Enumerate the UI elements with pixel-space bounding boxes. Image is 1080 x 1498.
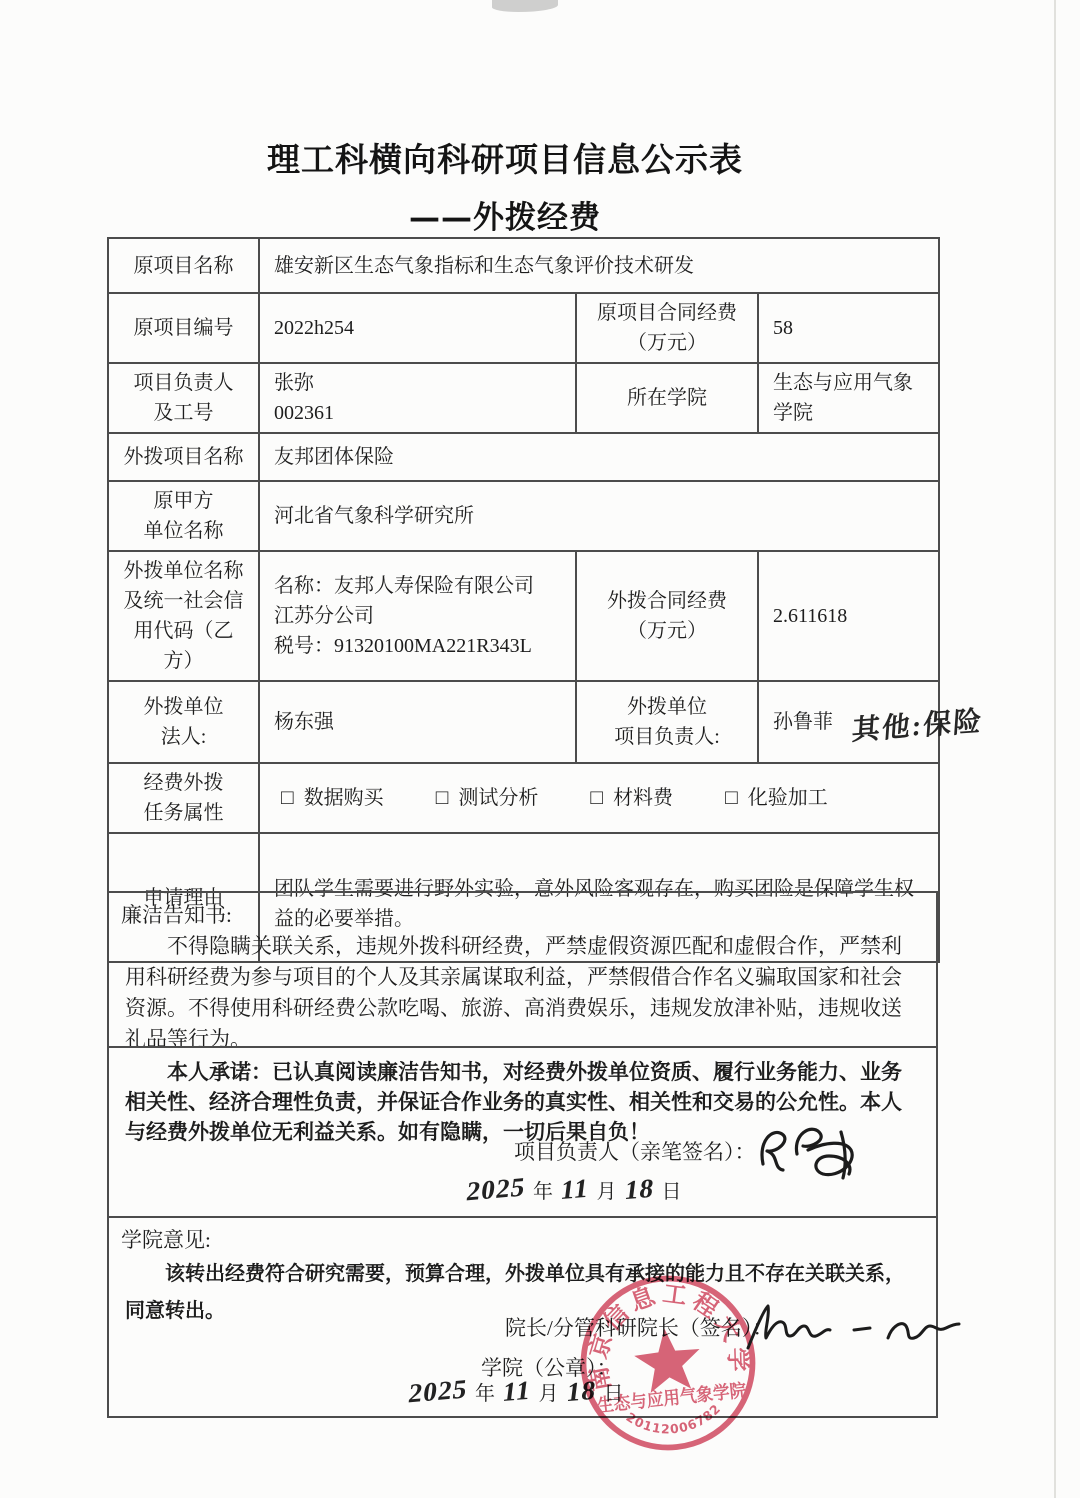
field-value: 2022h254: [259, 293, 576, 363]
field-value: 杨东强: [259, 681, 576, 763]
table-row: 外拨单位名称 及统一社会信 用代码（乙 方） 名称：友邦人寿保险有限公司 江苏分…: [108, 551, 939, 681]
field-value: 张弥 002361: [259, 363, 576, 433]
field-label: 外拨单位名称 及统一社会信 用代码（乙 方）: [108, 551, 259, 681]
field-label: 外拨项目名称: [108, 433, 259, 481]
integrity-body: 不得隐瞒关联关系，违规外拨科研经费，严禁虚假资源匹配和虚假合作，严禁利用科研经费…: [109, 931, 936, 1055]
field-label: 原项目名称: [108, 238, 259, 293]
seal-star-icon: [632, 1325, 704, 1394]
option-test-analysis: □测试分析: [436, 782, 539, 814]
scan-edge-artifact: [1054, 0, 1056, 1498]
table-row: 经费外拨 任务属性 □数据购买 □测试分析 □材料费 □化验加工: [108, 763, 939, 833]
scanned-form-page: 理工科横向科研项目信息公示表 ——外拨经费 原项目名称 雄安新区生态气象指标和生…: [0, 0, 1080, 1498]
field-value: 2.611618: [758, 551, 939, 681]
option-label: 化验加工: [748, 783, 828, 813]
checkbox-icon: □: [281, 782, 294, 814]
college-seal-stamp: 南京信息工程大学 生态与应用气象学院 3201120067828: [562, 1257, 773, 1468]
table-row: 原项目名称 雄安新区生态气象指标和生态气象评价技术研发: [108, 238, 939, 293]
field-label: 外拨单位 项目负责人:: [576, 681, 758, 763]
field-value: 河北省气象科学研究所: [259, 481, 939, 551]
field-value: 58: [758, 293, 939, 363]
field-label: 原项目编号: [108, 293, 259, 363]
field-label: 原甲方 单位名称: [108, 481, 259, 551]
task-attr-options-cell: □数据购买 □测试分析 □材料费 □化验加工: [259, 763, 939, 833]
table-row: 外拨单位 法人: 杨东强 外拨单位 项目负责人: 孙鲁菲: [108, 681, 939, 763]
option-label: 测试分析: [458, 783, 538, 813]
date-year: 2025: [407, 1374, 470, 1410]
commitment-date: 2025年11月18日: [467, 1174, 690, 1205]
date-year-unit: 年: [533, 1181, 553, 1203]
checkbox-icon: □: [590, 782, 603, 814]
field-label: 原项目合同经费 （万元）: [576, 293, 758, 363]
option-material-fee: □材料费: [590, 782, 673, 814]
table-row: 项目负责人 及工号 张弥 002361 所在学院 生态与应用气象 学院: [108, 363, 939, 433]
option-data-purchase: □数据购买: [281, 782, 384, 814]
seal-center-text: 生态与应用气象学院: [596, 1379, 748, 1417]
field-label: 所在学院: [576, 363, 758, 433]
integrity-heading: 廉洁告知书:: [109, 893, 936, 929]
table-row: 原项目编号 2022h254 原项目合同经费 （万元） 58: [108, 293, 939, 363]
integrity-notice-section: 廉洁告知书: 不得隐瞒关联关系，违规外拨科研经费，严禁虚假资源匹配和虚假合作，严…: [107, 891, 938, 1048]
college-opinion-heading: 学院意见:: [109, 1218, 936, 1254]
dean-signature-scribble: [742, 1298, 962, 1356]
table-row: 原甲方 单位名称 河北省气象科学研究所: [108, 481, 939, 551]
field-value: 名称：友邦人寿保险有限公司 江苏分公司 税号：91320100MA221R343…: [259, 551, 576, 681]
field-value: 友邦团体保险: [259, 433, 939, 481]
date-month: 11: [501, 1375, 533, 1408]
date-day-unit: 日: [662, 1181, 682, 1203]
date-month: 11: [559, 1173, 591, 1206]
leader-signature-label: 项目负责人（亲笔签名）：: [514, 1136, 756, 1166]
field-label: 外拨单位 法人:: [108, 681, 259, 763]
date-day: 18: [622, 1173, 655, 1206]
scan-smudge-artifact: [492, 0, 558, 12]
field-value: 生态与应用气象 学院: [758, 363, 939, 433]
field-label: 项目负责人 及工号: [108, 363, 259, 433]
option-label: 材料费: [613, 783, 673, 813]
checkbox-icon: □: [725, 782, 738, 814]
info-table: 原项目名称 雄安新区生态气象指标和生态气象评价技术研发 原项目编号 2022h2…: [107, 237, 940, 963]
field-label: 外拨合同经费 （万元）: [576, 551, 758, 681]
option-label: 数据购买: [304, 783, 384, 813]
date-month-unit: 月: [597, 1181, 617, 1203]
date-year: 2025: [465, 1172, 528, 1208]
option-assay-processing: □化验加工: [725, 782, 828, 814]
field-label: 经费外拨 任务属性: [108, 763, 259, 833]
date-month-unit: 月: [539, 1383, 559, 1405]
form-title: 理工科横向科研项目信息公示表: [90, 134, 920, 181]
date-year-unit: 年: [475, 1383, 495, 1405]
form-subtitle: ——外拨经费: [90, 192, 920, 237]
checkbox-options: □数据购买 □测试分析 □材料费 □化验加工: [261, 782, 937, 814]
table-row: 外拨项目名称 友邦团体保险: [108, 433, 939, 481]
field-value: 雄安新区生态气象指标和生态气象评价技术研发: [259, 238, 939, 293]
checkbox-icon: □: [436, 782, 449, 814]
leader-signature-scribble: [753, 1120, 873, 1185]
